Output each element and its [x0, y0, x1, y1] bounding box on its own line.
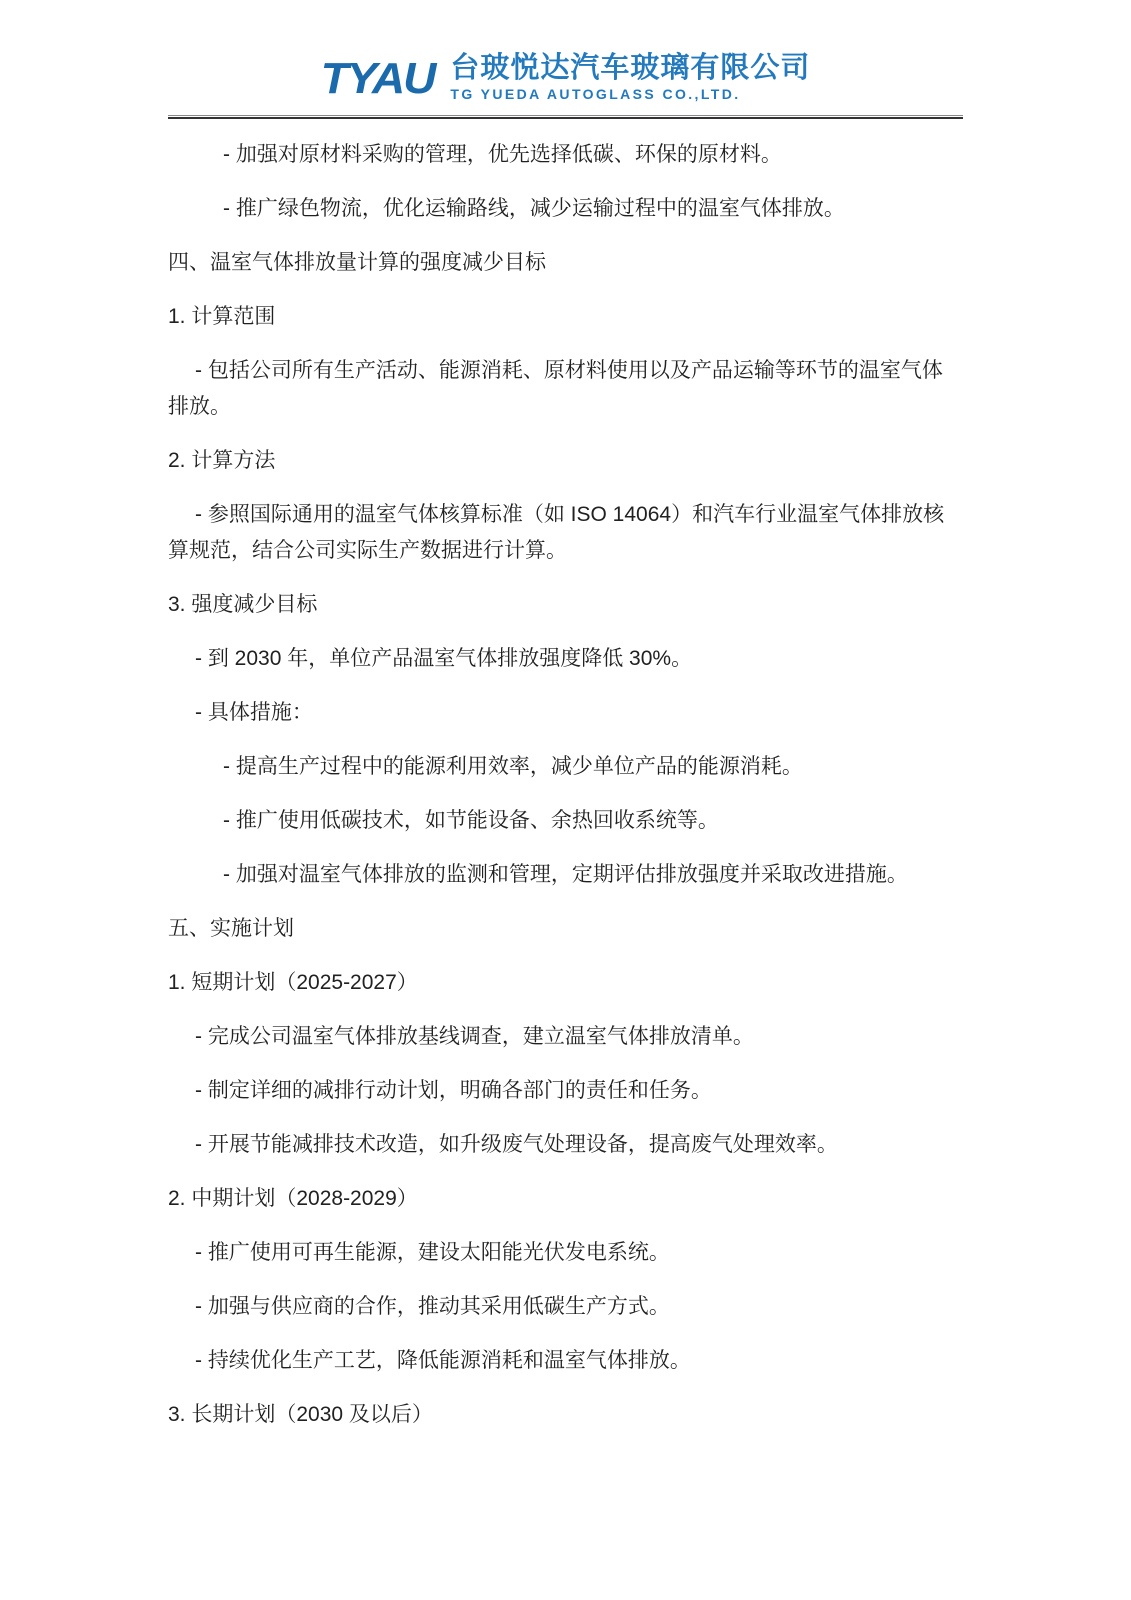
company-logo: TYAU [321, 55, 435, 101]
list-item: - 推广使用低碳技术，如节能设备、余热回收系统等。 [168, 803, 963, 839]
list-item: - 加强对温室气体排放的监测和管理，定期评估排放强度并采取改进措施。 [168, 857, 963, 893]
list-item: - 到 2030 年，单位产品温室气体排放强度降低 30%。 [168, 641, 963, 677]
subsection-heading: 2. 计算方法 [168, 443, 963, 479]
list-item: - 推广绿色物流，优化运输路线，减少运输过程中的温室气体排放。 [168, 191, 963, 227]
list-item: - 具体措施： [168, 695, 963, 731]
list-item: - 加强与供应商的合作，推动其采用低碳生产方式。 [168, 1289, 963, 1325]
company-header: TYAU 台玻悦达汽车玻璃有限公司 TG YUEDA AUTOGLASS CO.… [0, 0, 1131, 102]
document-body: - 加强对原材料采购的管理，优先选择低碳、环保的原材料。 - 推广绿色物流，优化… [168, 137, 963, 1433]
subsection-heading: 1. 短期计划（2025-2027） [168, 965, 963, 1001]
subsection-heading: 3. 强度减少目标 [168, 587, 963, 623]
list-item: - 提高生产过程中的能源利用效率，减少单位产品的能源消耗。 [168, 749, 963, 785]
list-item: - 参照国际通用的温室气体核算标准（如 ISO 14064）和汽车行业温室气体排… [168, 497, 963, 569]
list-item: - 推广使用可再生能源，建设太阳能光伏发电系统。 [168, 1235, 963, 1271]
subsection-heading: 3. 长期计划（2030 及以后） [168, 1397, 963, 1433]
header-divider [168, 115, 963, 119]
list-item: - 持续优化生产工艺，降低能源消耗和温室气体排放。 [168, 1343, 963, 1379]
list-item: - 包括公司所有生产活动、能源消耗、原材料使用以及产品运输等环节的温室气体排放。 [168, 353, 963, 425]
subsection-heading: 2. 中期计划（2028-2029） [168, 1181, 963, 1217]
section-heading: 四、温室气体排放量计算的强度减少目标 [168, 245, 963, 281]
divider-line-thick [168, 117, 963, 119]
document-page: TYAU 台玻悦达汽车玻璃有限公司 TG YUEDA AUTOGLASS CO.… [0, 0, 1131, 1600]
company-name-block: 台玻悦达汽车玻璃有限公司 TG YUEDA AUTOGLASS CO.,LTD. [450, 54, 810, 102]
list-item: - 加强对原材料采购的管理，优先选择低碳、环保的原材料。 [168, 137, 963, 173]
list-item: - 制定详细的减排行动计划，明确各部门的责任和任务。 [168, 1073, 963, 1109]
list-item: - 开展节能减排技术改造，如升级废气处理设备，提高废气处理效率。 [168, 1127, 963, 1163]
section-heading: 五、实施计划 [168, 911, 963, 947]
subsection-heading: 1. 计算范围 [168, 299, 963, 335]
list-item: - 完成公司温室气体排放基线调查，建立温室气体排放清单。 [168, 1019, 963, 1055]
company-name-cn: 台玻悦达汽车玻璃有限公司 [450, 54, 810, 83]
company-name-en: TG YUEDA AUTOGLASS CO.,LTD. [450, 86, 810, 102]
